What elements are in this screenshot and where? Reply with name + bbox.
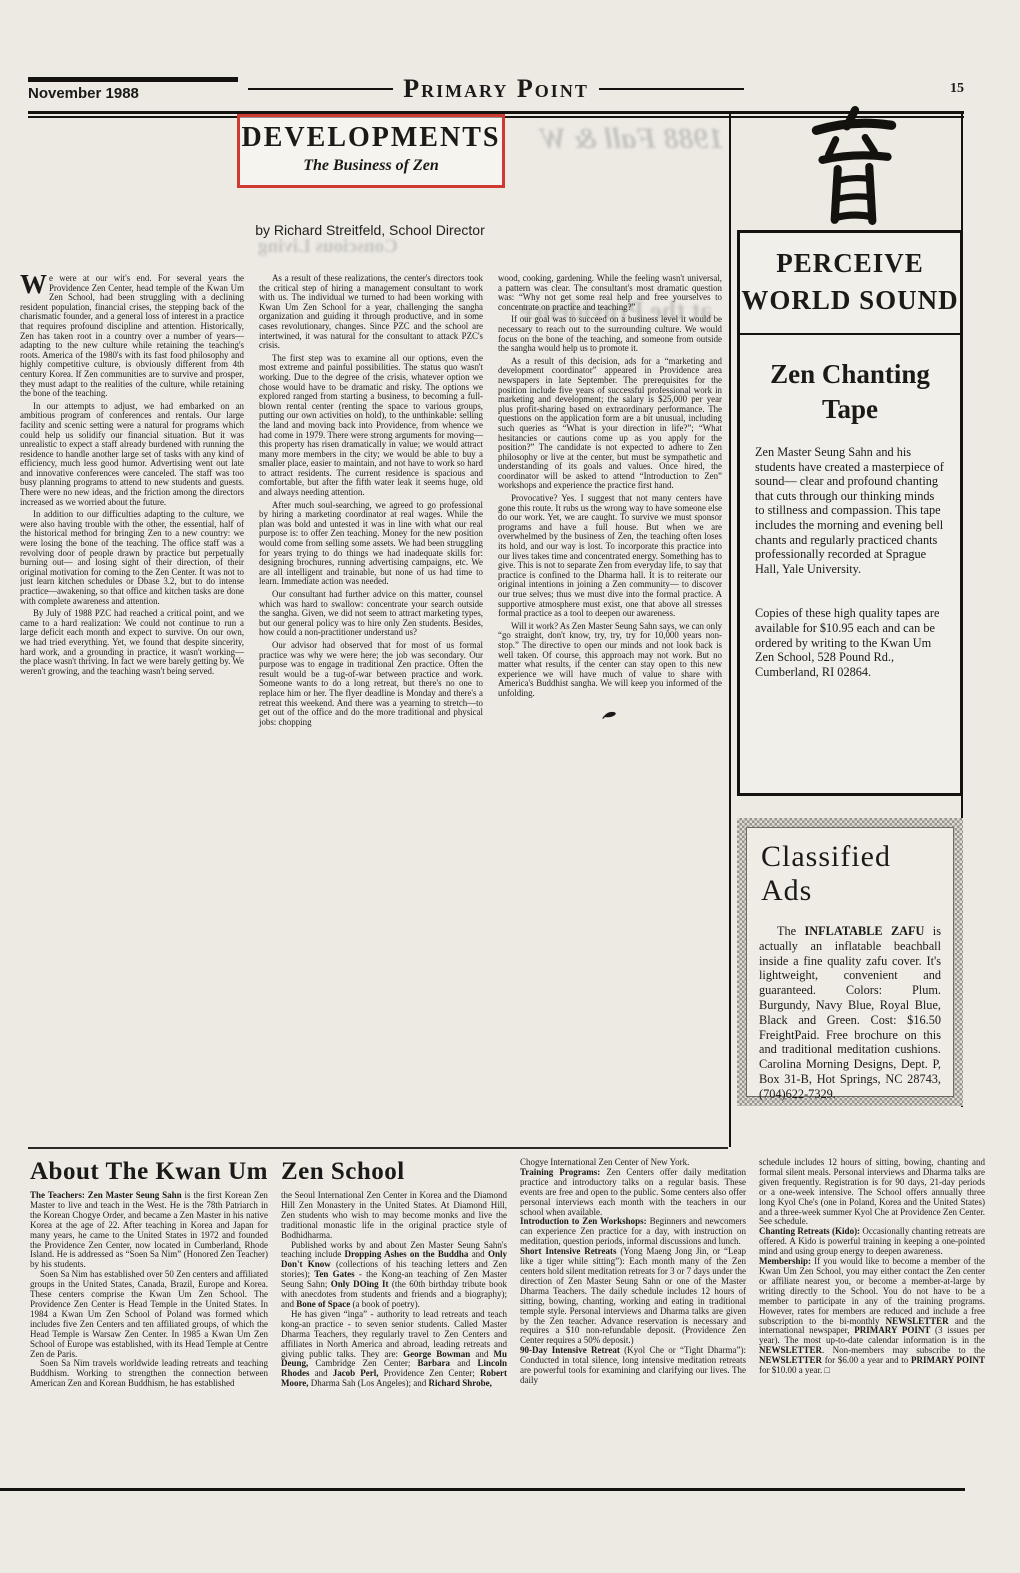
bottom-rule bbox=[0, 1488, 965, 1491]
article-subtitle: The Business of Zen bbox=[240, 157, 502, 175]
article-column-2: As a result of these realizations, the c… bbox=[259, 274, 483, 1126]
about-column-3: Chogye International Zen Center of New Y… bbox=[520, 1158, 746, 1484]
masthead-rule-left bbox=[248, 88, 393, 90]
paragraph: The Teachers: Zen Master Seung Sahn is t… bbox=[30, 1191, 268, 1270]
chanting-tape-ad-box: PERCEIVE WORLD SOUND Zen Chanting Tape Z… bbox=[737, 230, 963, 796]
paragraph: The first step was to examine all our op… bbox=[259, 354, 483, 498]
paragraph: 90-Day Intensive Retreat (Kyol Che or “T… bbox=[520, 1346, 746, 1386]
classified-ads-heading: Classified Ads bbox=[761, 840, 941, 908]
bleedthrough-text: Conscious Living bbox=[258, 236, 398, 258]
about-heading-part1: About The Kwan Um bbox=[30, 1158, 268, 1186]
page-number: 15 bbox=[754, 81, 964, 97]
paragraph: wood, cooking, gardening. While the feel… bbox=[498, 274, 722, 312]
article-body: We were at our wit's end. For several ye… bbox=[20, 274, 722, 1126]
sound-calligraphy-icon bbox=[778, 106, 928, 228]
about-column-1: About The Kwan Um The Teachers: Zen Mast… bbox=[30, 1158, 268, 1484]
tape-description: Zen Master Seung Sahn and his students h… bbox=[755, 445, 945, 576]
article-byline: by Richard Streitfeld, School Director bbox=[130, 222, 610, 238]
about-heading-part2: Zen School bbox=[281, 1158, 507, 1186]
article-column-1: We were at our wit's end. For several ye… bbox=[20, 274, 244, 1126]
paragraph: As a result of this decision, ads for a … bbox=[498, 357, 722, 491]
classified-ad-text: The INFLATABLE ZAFU is actually an infla… bbox=[759, 924, 941, 1102]
newspaper-page: 1988 Fall & W at the Providence Consciou… bbox=[0, 0, 1020, 1573]
about-column-2: Zen School the Seoul International Zen C… bbox=[281, 1158, 507, 1484]
end-of-article-fleuron-icon bbox=[498, 707, 722, 725]
article-headline-box: DEVELOPMENTS The Business of Zen bbox=[237, 114, 505, 188]
about-school-section: About The Kwan Um The Teachers: Zen Mast… bbox=[30, 1158, 985, 1484]
article-kicker: DEVELOPMENTS bbox=[240, 122, 502, 154]
paragraph: Our consultant had further advice on thi… bbox=[259, 590, 483, 638]
about-column-4: schedule includes 12 hours of sitting, b… bbox=[759, 1158, 985, 1484]
paragraph: In our attempts to adjust, we had embark… bbox=[20, 402, 244, 508]
paragraph: He has given “inga” - authority to lead … bbox=[281, 1310, 507, 1389]
issue-date: November 1988 bbox=[28, 77, 238, 102]
paragraph: After much soul-searching, we agreed to … bbox=[259, 501, 483, 587]
paragraph: Provocative? Yes. I suggest that not man… bbox=[498, 494, 722, 619]
column-divider-rule bbox=[729, 112, 731, 1147]
section-divider-rule bbox=[28, 1147, 728, 1149]
zen-chanting-tape-heading: Zen Chanting Tape bbox=[740, 335, 960, 427]
bleedthrough-text: 1988 Fall & W bbox=[540, 122, 724, 156]
masthead-title: Primary Point bbox=[403, 74, 589, 104]
paragraph: Our advisor had observed that for most o… bbox=[259, 641, 483, 727]
article-column-3: wood, cooking, gardening. While the feel… bbox=[498, 274, 722, 1126]
paragraph: Introduction to Zen Workshops: Beginners… bbox=[520, 1217, 746, 1247]
paragraph: Soen Sa Nim travels worldwide leading re… bbox=[30, 1359, 268, 1389]
paragraph: Short Intensive Retreats (Yong Maeng Jon… bbox=[520, 1247, 746, 1346]
paragraph: the Seoul International Zen Center in Ko… bbox=[281, 1191, 507, 1241]
paragraph: schedule includes 12 hours of sitting, b… bbox=[759, 1158, 985, 1227]
paragraph: Training Programs: Zen Centers offer dai… bbox=[520, 1168, 746, 1218]
paragraph: By July of 1988 PZC had reached a critic… bbox=[20, 609, 244, 676]
paragraph: Soen Sa Nim has established over 50 Zen … bbox=[30, 1270, 268, 1359]
perceive-world-sound-heading: PERCEIVE WORLD SOUND bbox=[740, 233, 960, 319]
paragraph: In addition to our difficulties adapting… bbox=[20, 510, 244, 606]
tape-ordering-info: Copies of these high quality tapes are a… bbox=[755, 606, 945, 679]
paragraph: Chanting Retreats (Kido): Occasionally c… bbox=[759, 1227, 985, 1257]
classified-ads-box: Classified Ads The INFLATABLE ZAFU is ac… bbox=[737, 818, 963, 1106]
paragraph: Membership: If you would like to become … bbox=[759, 1257, 985, 1376]
paragraph: If our goal was to succeed on a business… bbox=[498, 315, 722, 353]
paragraph: As a result of these realizations, the c… bbox=[259, 274, 483, 351]
masthead-rule-right bbox=[599, 88, 744, 90]
paragraph: Published works by and about Zen Master … bbox=[281, 1241, 507, 1310]
paragraph: Will it work? As Zen Master Seung Sahn s… bbox=[498, 622, 722, 699]
paragraph: We were at our wit's end. For several ye… bbox=[20, 274, 244, 399]
